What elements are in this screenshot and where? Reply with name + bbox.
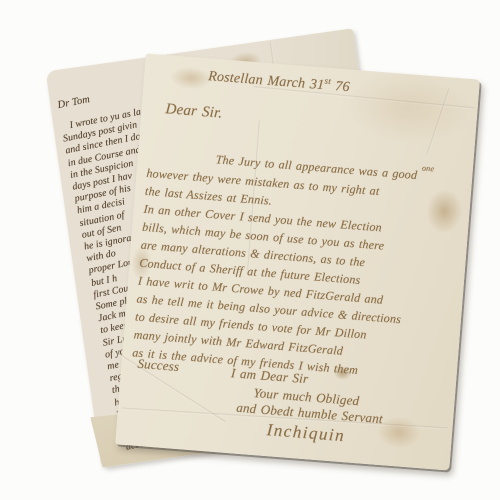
heading-year: 76 — [335, 79, 351, 95]
inserted-word: one — [422, 163, 435, 173]
letter-heading-place-date: Rostellan March 31st 76 — [208, 66, 351, 96]
crease — [426, 88, 450, 155]
front-letter-sheet: Rostellan March 31st 76 Dear Sir. The Ju… — [115, 53, 480, 470]
heading-superscript: st — [324, 76, 331, 86]
letter-signature: Inchiquin — [266, 420, 346, 446]
letter-salutation: Dear Sir. — [165, 101, 223, 122]
back-letter-salutation: Dr Tom — [57, 94, 91, 111]
letter-body: however they were mistaken as to my righ… — [132, 164, 465, 386]
letter-closing-word: Success — [137, 356, 180, 375]
heading-main: Rostellan March 31 — [208, 69, 325, 93]
letters-photo: Dr Tom I wrote to yu as la Sundays post … — [0, 0, 500, 500]
ink-stain — [346, 68, 471, 147]
ink-stain — [169, 65, 213, 90]
